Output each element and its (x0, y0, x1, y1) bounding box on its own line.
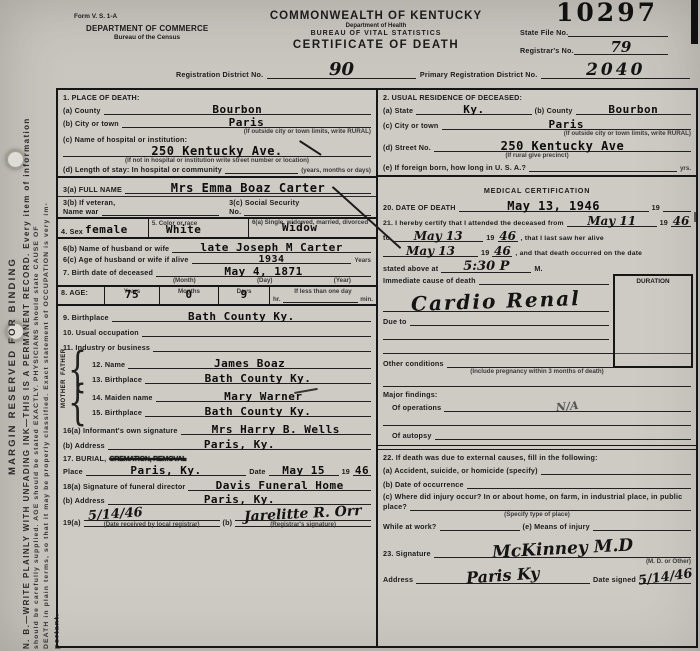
margin-binding-text: MARGIN RESERVED FOR BINDING (7, 257, 18, 475)
field-informant-address: (b) Address Paris, Ky. (58, 435, 376, 450)
reg-district-label: Registration District No. (176, 70, 263, 79)
binding-margin: MARGIN RESERVED FOR BINDING N. B.—WRITE … (0, 0, 56, 651)
registrar-no-field: 79 (574, 40, 668, 55)
field-industry: 11. Industry or business (58, 337, 376, 352)
field-age-days: Days9 (218, 287, 269, 304)
father-label: FATHER (61, 367, 67, 375)
section-place-of-death: 1. PLACE OF DEATH: (a) County Bourbon (b… (58, 90, 376, 178)
section-residence: 2. USUAL RESIDENCE OF DECEASED: (a) Stat… (378, 90, 696, 177)
certificate-title: CERTIFICATE OF DEATH (241, 39, 511, 51)
field-father-name: 12. Name James Boaz (87, 356, 376, 369)
father-block: FATHER{ 12. Name James Boaz 13. Birthpla… (58, 356, 376, 386)
rule-line (383, 378, 691, 387)
field-date-received: 5/14/46 (Date received by local registra… (84, 507, 220, 527)
rule-line (383, 330, 609, 340)
primary-district-field: 2040 (541, 58, 690, 79)
pregnancy-note: (Include pregnancy within 3 months of de… (470, 368, 603, 375)
field-registrar-signature: Jarelitte R. Orr (Registrar's signature) (235, 506, 371, 527)
field-mother-name: 14. Maiden name Mary Warner (87, 389, 376, 402)
duration-box: DURATION (613, 274, 693, 368)
field-race: 5. Color or raceWhite (148, 219, 248, 237)
place-type-note: (Specify type of place) (504, 511, 570, 518)
form-header: Form V. S. 1-A DEPARTMENT OF COMMERCE Bu… (56, 0, 696, 88)
medical-cert-title: MEDICAL CERTIFICATION (484, 186, 590, 195)
right-column: 2. USUAL RESIDENCE OF DECEASED: (a) Stat… (378, 90, 696, 646)
field-of-operations: Of operations N/A (378, 399, 696, 412)
field-husband-age: 6(c) Age of husband or wife if alive 193… (58, 253, 376, 264)
mother-label: MOTHER (61, 400, 67, 408)
death-certificate-scan: MARGIN RESERVED FOR BINDING N. B.—WRITE … (0, 0, 700, 651)
file-number-stamp: 10297 (556, 0, 658, 27)
state-file-label: State File No. (520, 28, 568, 37)
field-ssn: No. (229, 207, 371, 216)
field-sex: 4. Sexfemale (58, 219, 148, 237)
field-informant: 16(a) Informant's own signature Mrs Harr… (58, 419, 376, 435)
major-findings-label: Major findings: (383, 390, 438, 399)
field-funeral-address: (b) Address Paris, Ky. (58, 491, 376, 505)
field-res-street: (d) Street No. 250 Kentucky Ave (378, 137, 696, 152)
field-accident: (a) Accident, suicide, or homicide (spec… (378, 462, 696, 475)
field-less-than-day: If less than one day hr.min. (269, 287, 376, 304)
field-age-months: Months0 (159, 287, 218, 304)
field-full-name: 3(a) FULL NAME Mrs Emma Boaz Carter (58, 178, 376, 194)
margin-nb-line1: N. B.—WRITE PLAINLY WITH UNFADING INK—TH… (22, 117, 31, 649)
cause-of-death-block: DURATION Immediate cause of death Cardio… (378, 273, 696, 354)
year-note: (Year) (334, 277, 351, 284)
margin-nb-line3: DEATH in plain terms, so that it may be … (43, 202, 50, 649)
field-injury-place: place? (378, 501, 696, 511)
age-row: 8. AGE: Years75 Months0 Days9 If less th… (58, 285, 376, 306)
field-of-autopsy: Of autopsy (378, 426, 696, 440)
field-physician-address: Address Paris Ky Date signed 5/14/46 (378, 565, 696, 586)
month-note: (Month) (173, 277, 196, 284)
scan-artifact-streak (691, 0, 698, 44)
hospital-label: (c) Name of hospital or institution: (63, 135, 187, 144)
external-causes-block: 22. If death was due to external causes,… (378, 451, 696, 531)
form-body: 1. PLACE OF DEATH: (a) County Bourbon (b… (56, 88, 698, 648)
bureau-vital: BUREAU OF VITAL STATISTICS (241, 30, 511, 37)
field-res-state: (a) State Ky. (b) County Bourbon (378, 102, 696, 115)
left-column: 1. PLACE OF DEATH: (a) County Bourbon (b… (58, 90, 378, 646)
field-mother-birthplace: 15. Birthplace Bath County Ky. (87, 402, 376, 417)
field-husband-name: 6(b) Name of husband or wife late Joseph… (58, 239, 376, 253)
res-city-note: (If outside city or town limits, write R… (564, 130, 691, 137)
field-occupation: 10. Usual occupation (58, 322, 376, 337)
field-occurrence-date: (b) Date of occurrence (378, 475, 696, 489)
state-file-field (568, 28, 668, 37)
field-name-war: Name war (63, 207, 219, 216)
field-burial-place-date: Place Paris, Ky. Date May 15 19 46 (58, 463, 376, 476)
s1-title: 1. PLACE OF DEATH: (63, 93, 140, 102)
field-funeral-director: 18(a) Signature of funeral director Davi… (58, 476, 376, 491)
dept-commerce: DEPARTMENT OF COMMERCE (86, 24, 208, 33)
s2-title: 2. USUAL RESIDENCE OF DECEASED: (383, 93, 522, 102)
sex-race-marital-row: 4. Sexfemale 5. Color or raceWhite 6(a) … (58, 217, 376, 239)
field-physician-signature: 23. Signature McKinney M.D (378, 531, 696, 558)
field-res-city: (c) City or town Paris (378, 115, 696, 130)
burial-struck-options: CREMATION, REMOVAL (109, 454, 186, 463)
certify-statement: 21. I hereby certify that I attended the… (378, 212, 696, 273)
reg-district-field: 90 (267, 58, 416, 79)
field-marital: 6(a) Single, widowed, married, divorced … (248, 219, 376, 237)
veteran-label: 3(b) If veteran, (63, 198, 219, 207)
field-age-years: Years75 (104, 287, 159, 304)
mother-brace: { (68, 380, 87, 428)
mother-block: MOTHER{ 14. Maiden name Mary Warner 15. … (58, 389, 376, 419)
commonwealth-title: COMMONWEALTH OF KENTUCKY (241, 10, 511, 22)
hospital-note: (If not in hospital or institution write… (125, 157, 309, 164)
bureau-census: Bureau of the Census (114, 34, 180, 41)
divider-double-rule (378, 445, 696, 450)
field-hospital: 250 Kentucky Ave. (58, 144, 376, 157)
field-length-of-stay: (d) Length of stay: In hospital or commu… (58, 164, 376, 176)
veteran-ssn-row: 3(b) If veteran, Name war 3(c) Social Se… (58, 196, 376, 217)
field-birthplace: 9. Birthplace Bath County Ky. (58, 306, 376, 322)
scan-artifact-mark (694, 212, 698, 222)
field-while-at-work: While at work? (e) Means of injury (378, 518, 696, 531)
day-note: (Day) (257, 277, 272, 284)
field-date-of-death: 20. DATE OF DEATH May 13, 1946 19 (378, 198, 696, 212)
burial-label: 17. BURIAL, (63, 454, 106, 463)
field-immediate-cause: Cardio Renal (378, 285, 614, 312)
form-number: Form V. S. 1-A (74, 13, 117, 20)
registrar-row: 19(a) 5/14/46 (Date received by local re… (58, 505, 376, 529)
field-county: (a) County Bourbon (58, 102, 376, 115)
field-birth-date: 7. Birth date of deceased May 4, 1871 (58, 264, 376, 277)
field-foreign-born: (e) If foreign born, how long in U. S. A… (378, 159, 696, 175)
dept-health: Department of Health (241, 23, 511, 29)
res-street-note: (If rural give precinct) (505, 152, 568, 159)
primary-district-label: Primary Registration District No. (420, 70, 538, 79)
field-city: (b) City or town Paris (58, 115, 376, 128)
city-note: (If outside city or town limits, write R… (244, 128, 371, 135)
md-note: (M. D. or Other) (646, 558, 691, 565)
registrar-no-label: Registrar's No. (520, 46, 574, 55)
rule-line (383, 417, 691, 426)
margin-nb-line2: should be carefully supplied. AGE should… (33, 225, 40, 649)
field-father-birthplace: 13. Birthplace Bath County Ky. (87, 369, 376, 384)
